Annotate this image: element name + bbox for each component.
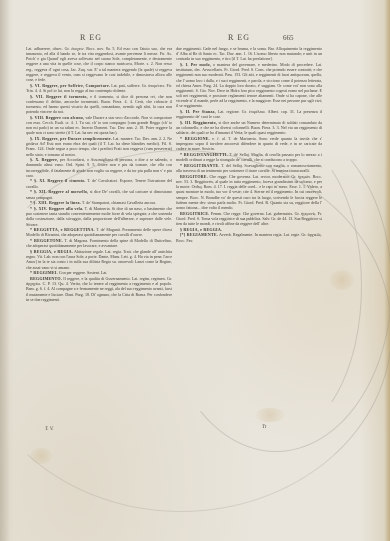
dictionary-entry: § REGIA, e REGGIA. bbox=[176, 227, 322, 232]
dictionary-entry: REGGITRICE. Femm. Che regge. Che governa… bbox=[176, 211, 322, 226]
dictionary-entry: due reggimenti. Cade nel fango, e se bru… bbox=[176, 46, 322, 61]
dictionary-entry: * §. XI. Reggere il cimento. T. de' Cava… bbox=[26, 178, 172, 188]
signature-mark-right: Tt bbox=[262, 425, 266, 430]
entry-headword: * REGGIMEI. bbox=[30, 270, 58, 275]
entry-text: o maniera del governare, e mederino. Mod… bbox=[176, 62, 322, 108]
entry-headword: * §. XIII. Reggere la linea. bbox=[30, 200, 81, 205]
dictionary-entry: * §. XIII. Reggere la linea. T. de' Stam… bbox=[26, 200, 172, 205]
dictionary-entry: * REGGETONE. T. di Magona. Fornimento de… bbox=[26, 238, 172, 248]
entry-text: Lat. adhaerere, obsec. Gr. ἐκοχειν. Bocc… bbox=[26, 46, 172, 82]
foxing-stain bbox=[255, 408, 285, 422]
dictionary-entry: * REGGIMEI. Con per reggere. Sostent. La… bbox=[26, 270, 172, 275]
dictionary-entry: Lat. adhaerere, obsec. Gr. ἐκοχειν. Bocc… bbox=[26, 46, 172, 82]
right-column: due reggimenti. Cade nel fango, e se bru… bbox=[176, 46, 322, 243]
dictionary-entry: * §. XIV. Reggere alla vela. T. di Marin… bbox=[26, 206, 172, 227]
page-number: 665 bbox=[283, 34, 294, 42]
dictionary-entry: § REGGIA, e REGIA. Abitazione regale. La… bbox=[26, 249, 172, 270]
foxing-stain bbox=[30, 448, 52, 464]
entry-text: Con per reggere. Sostent. Lat. bbox=[59, 270, 107, 275]
dictionary-entry: §. IX. Reggere, per Durare semplicemente… bbox=[26, 136, 172, 157]
dictionary-entry: §. I. Per modo, o maniera del governare,… bbox=[176, 62, 322, 108]
dictionary-entry: §. II. Per Stanza, Lat. regione. Gr. ἐπι… bbox=[176, 109, 322, 119]
left-column: Lat. adhaerere, obsec. Gr. ἐκοχειν. Bocc… bbox=[26, 46, 172, 302]
dictionary-entry: * REGGITIRANTE. T. del Sellaj. Scavaglie… bbox=[176, 163, 322, 173]
dictionary-entry: §. VIII. Reggere con alcuno, vale Durare… bbox=[26, 115, 172, 136]
signature-mark-left: T. V. bbox=[45, 427, 54, 432]
dictionary-entry: §. III. Reggimento, si dice anche un Num… bbox=[176, 120, 322, 135]
foxing-stain bbox=[330, 270, 354, 290]
entry-text: Che regge. Che governa. Lat. rector, mod… bbox=[176, 174, 322, 210]
running-head-right: R EG bbox=[228, 33, 250, 42]
scanned-page: R EG R EG 665 Lat. adhaerere, obsec. Gr.… bbox=[0, 0, 390, 541]
dictionary-entry: [*] REGIAMENTE. Avverb. Regalmente. In m… bbox=[176, 232, 322, 242]
dictionary-entry: REGGITORE. Che regge. Che governa. Lat. … bbox=[176, 174, 322, 210]
dictionary-entry: REGGIMENTO. Il reggere, e la qualita di … bbox=[26, 276, 172, 302]
dictionary-entry: * REGGETTA, e REGGETTINA. T. de' Maganii… bbox=[26, 227, 172, 237]
spine-shadow bbox=[0, 0, 10, 541]
dictionary-entry: * §. XII. Reggere al morsello, si dice D… bbox=[26, 189, 172, 199]
page-edge bbox=[384, 0, 390, 541]
dictionary-entry: * REGGIONE. e. f. al. T. de Marineria. S… bbox=[176, 136, 322, 151]
entry-text: due reggimenti. Cade nel fango, e se bru… bbox=[176, 46, 322, 61]
entry-headword: § REGIA, e REGGIA. bbox=[180, 227, 222, 232]
dictionary-entry: §. VII. Reggere il tormento, e il tormen… bbox=[26, 94, 172, 115]
dictionary-entry: §. X. Reggere, per Accordarsi, o Assomig… bbox=[26, 157, 172, 178]
dictionary-entry: §. VI. Reggere, per Soffrire, Comportare… bbox=[26, 83, 172, 93]
entry-text: T. de' Stampatori, chiamasi Cavalletta a… bbox=[82, 200, 156, 205]
running-head-left: R EG bbox=[80, 33, 102, 42]
dictionary-entry: * REGGISTANGHETTI. T. de' Sellaj. Maglia… bbox=[176, 152, 322, 162]
